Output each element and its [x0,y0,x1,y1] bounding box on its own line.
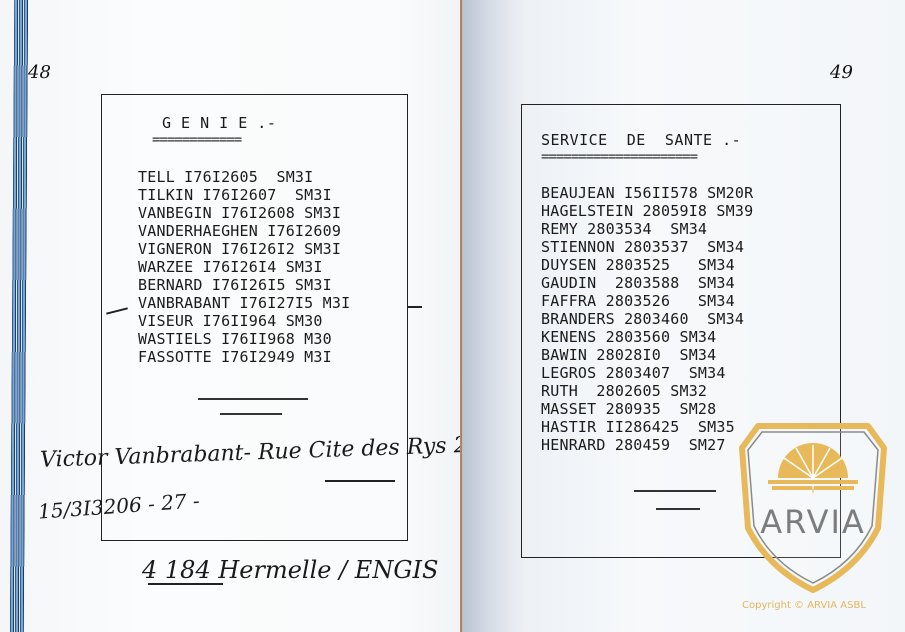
sante-entry-list: BEAUJEAN I56II578 SM20RHAGELSTEIN 28059I… [541,184,753,454]
left-page: 48 G E N I E .- ============ TELL I76I26… [0,0,468,632]
page-number-left: 48 [28,62,51,83]
sante-heading: SERVICE DE SANTE .- [541,131,741,149]
list-entry: VANBEGIN I76I2608 SM3I [138,204,350,222]
list-entry: KENENS 2803560 SM34 [541,328,753,346]
list-entry: REMY 2803534 SM34 [541,220,753,238]
list-entry: BAWIN 28028I0 SM34 [541,346,753,364]
list-entry: GAUDIN 2803588 SM34 [541,274,753,292]
genie-entry-list: TELL I76I2605 SM3ITILKIN I76I2607 SM3IVA… [138,168,350,366]
list-entry: FASSOTTE I76I2949 M3I [138,348,350,366]
list-entry: DUYSEN 2803525 SM34 [541,256,753,274]
list-entry: BEAUJEAN I56II578 SM20R [541,184,753,202]
page-number-right: 49 [830,62,853,83]
list-entry: LEGROS 2803407 SM34 [541,364,753,382]
list-entry: HASTIR II286425 SM35 [541,418,753,436]
genie-heading-rule: ============ [152,132,241,148]
spine-binding-lines [10,0,28,632]
list-entry: VISEUR I76II964 SM30 [138,312,350,330]
handwritten-postcode-town: 4 184 Hermelle / ENGIS [142,556,438,584]
separator-line [656,508,700,510]
handwritten-underline [148,583,223,585]
sante-heading-rule: ===================== [541,149,697,165]
list-entry: HAGELSTEIN 28059I8 SM39 [541,202,753,220]
copyright-notice: Copyright © ARVIA ASBL [742,600,866,611]
genie-heading: G E N I E .- [162,114,276,132]
arvia-shield-logo: ARVIA [738,418,888,593]
list-entry: WARZEE I76I26I4 SM3I [138,258,350,276]
list-entry: TILKIN I76I2607 SM3I [138,186,350,204]
list-entry: MASSET 280935 SM28 [541,400,753,418]
svg-text:ARVIA: ARVIA [760,503,866,541]
list-entry: BERNARD I76I26I5 SM3I [138,276,350,294]
list-entry: RUTH 2802605 SM32 [541,382,753,400]
margin-tick-mark [408,306,422,308]
list-entry: FAFFRA 2803526 SM34 [541,292,753,310]
handwritten-underline [325,480,395,482]
book-spread: 48 G E N I E .- ============ TELL I76I26… [0,0,905,632]
list-entry: VANDERHAEGHEN I76I2609 [138,222,350,240]
list-entry: TELL I76I2605 SM3I [138,168,350,186]
list-entry: WASTIELS I76II968 M30 [138,330,350,348]
separator-line [198,398,308,400]
list-entry: STIENNON 2803537 SM34 [541,238,753,256]
list-entry: HENRARD 280459 SM27 [541,436,753,454]
list-entry: VANBRABANT I76I27I5 M3I [138,294,350,312]
list-entry: BRANDERS 2803460 SM34 [541,310,753,328]
separator-line [634,490,716,492]
separator-line [220,413,282,415]
list-entry: VIGNERON I76I26I2 SM3I [138,240,350,258]
